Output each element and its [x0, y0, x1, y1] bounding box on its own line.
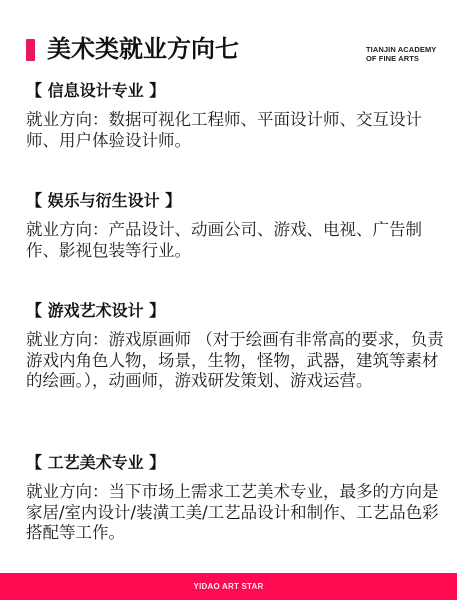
section-heading: 【 游戏艺术设计 】 [26, 300, 446, 322]
section-heading: 【 工艺美术专业 】 [26, 452, 446, 474]
page-title: 美术类就业方向七 [47, 34, 239, 64]
section-body: 就业方向：当下市场上需求工艺美术专业，最多的方向是家居/室内设计/装潢工美/工艺… [26, 482, 446, 544]
footer-brand-text: YIDAO ART STAR [194, 582, 264, 591]
section-entertainment-design: 【 娱乐与衍生设计 】 就业方向：产品设计、动画公司、游戏、电视、广告制作、影视… [26, 190, 446, 261]
section-craft-art: 【 工艺美术专业 】 就业方向：当下市场上需求工艺美术专业，最多的方向是家居/室… [26, 452, 446, 544]
academy-logo-text: TIANJIN ACADEMY OF FINE ARTS [366, 45, 436, 63]
section-body: 就业方向：数据可视化工程师、平面设计师、交互设计师、用户体验设计师。 [26, 110, 446, 151]
logo-line-2: OF FINE ARTS [366, 54, 436, 63]
section-game-art-design: 【 游戏艺术设计 】 就业方向：游戏原画师 （对于绘画有非常高的要求，负责游戏内… [26, 300, 446, 392]
section-body: 就业方向：游戏原画师 （对于绘画有非常高的要求，负责游戏内角色人物，场景，生物，… [26, 330, 446, 392]
section-body: 就业方向：产品设计、动画公司、游戏、电视、广告制作、影视包装等行业。 [26, 220, 446, 261]
logo-line-1: TIANJIN ACADEMY [366, 45, 436, 54]
career-page: 美术类就业方向七 TIANJIN ACADEMY OF FINE ARTS 【 … [0, 0, 457, 600]
section-information-design: 【 信息设计专业 】 就业方向：数据可视化工程师、平面设计师、交互设计师、用户体… [26, 80, 446, 151]
section-heading: 【 娱乐与衍生设计 】 [26, 190, 446, 212]
footer-bar: YIDAO ART STAR [0, 573, 457, 600]
title-accent-bar [26, 39, 35, 61]
section-heading: 【 信息设计专业 】 [26, 80, 446, 102]
